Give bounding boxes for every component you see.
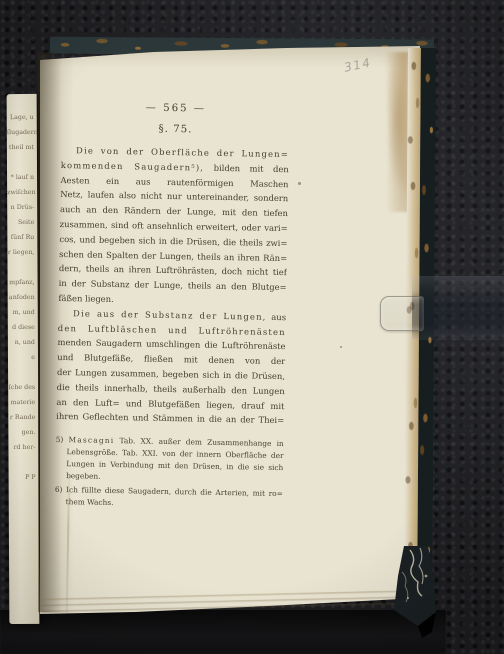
fragment-line: r liegen, — [7, 245, 37, 260]
fragment-line: anfoden — [8, 290, 38, 305]
marbled-cover-corner — [388, 546, 464, 650]
fragment-line: theil mt — [7, 140, 37, 155]
body-text: Tab. XX. außer dem Zusammenhange in — [114, 436, 284, 448]
fragment-line: mpfanz, — [8, 275, 38, 290]
gutter-shadow — [38, 52, 62, 612]
footnote-5: 5) Mascagni Tab. XX. außer dem Zusammenh… — [55, 434, 284, 486]
fragment-line: n Drüs- — [7, 200, 37, 215]
body-text: them Wachs. — [66, 497, 114, 507]
body-text: ihren Geflechten und Stämmen in die an d… — [56, 411, 284, 425]
emphasized-text: den Luftbläschen und Luftröhrenästen — [58, 323, 286, 337]
fragment-line: * lauf n — [7, 170, 37, 185]
book-photograph: Lage, uſlugaderntheil mt* lauf nzwiſchen… — [0, 0, 504, 654]
plastic-strip — [412, 276, 504, 340]
footnote-6: 6) Ich füllte diese Saugadern, durch die… — [55, 484, 283, 512]
body-text: zusammen, sind oft ansehnlich erweitert,… — [60, 219, 288, 233]
emphasized-text: kommenden Saugadern⁵), — [61, 160, 205, 173]
fragment-line: gen. — [8, 425, 38, 440]
paper-speck — [298, 182, 301, 185]
fragment-line: ſche des — [8, 380, 38, 395]
body-text: auch an den Rändern der Lunge, mit den t… — [60, 204, 288, 218]
body-text: fäßen liegen. — [58, 293, 114, 304]
section-heading: §. 75. — [61, 121, 289, 138]
fragment-line: n, und — [8, 335, 38, 350]
fragment-line — [7, 155, 37, 170]
body-text: Netz, laufen also nicht nur untereinande… — [60, 189, 288, 203]
fragment-line — [9, 455, 39, 470]
fragment-line: r Rande — [8, 410, 38, 425]
fragment-line: Seite der — [7, 215, 37, 230]
fragment-line: ſlugadern — [7, 125, 37, 140]
fragment-line: m, und — [8, 305, 38, 320]
emphasized-text: Die aus der Substanz der Lungen, — [73, 308, 267, 322]
emphasized-text: Mascagni — [68, 435, 114, 445]
body-text: der Lungen zusammen, begeben sich in die… — [57, 367, 285, 381]
fragment-line — [7, 260, 37, 275]
fragment-line: materie — [8, 395, 38, 410]
body-text: menden Saugadern umschlingen die Luftröh… — [57, 337, 285, 351]
text-line: ihren Geflechten und Stämmen in die an d… — [56, 409, 284, 428]
fragment-line: fünf Ru — [7, 230, 37, 245]
fragment-line: zwiſchen — [7, 185, 37, 200]
body-text: schen den Spalten der Lungen, theils an … — [59, 249, 287, 263]
fragment-line — [8, 365, 38, 380]
fragment-line: P P — [9, 470, 39, 485]
page-text: — 565 — §. 75. Die von der Oberfläche de… — [55, 100, 290, 512]
fragment-line: d diese — [8, 320, 38, 335]
paragraph-1: Die von der Oberfläche der Lungen=kommen… — [58, 143, 289, 310]
facing-page-edge: Lage, uſlugaderntheil mt* lauf nzwiſchen… — [7, 94, 40, 624]
book-page: — 565 — §. 75. Die von der Oberfläche de… — [40, 46, 420, 618]
fragment-line: rd her- — [8, 440, 38, 455]
page-number: — 565 — — [62, 100, 290, 117]
body-text: an den Luft= und Blutgefäßen liegen, dra… — [56, 396, 284, 410]
paragraph-2: Die aus der Substanz der Lungen, ausden … — [56, 306, 286, 429]
paper-speck — [340, 346, 342, 348]
fragment-line: Lage, u — [7, 110, 37, 125]
emphasized-text: Die von der Oberfläche der Lungen= — [76, 145, 289, 159]
body-text: aus — [267, 312, 287, 322]
body-text: begeben. — [66, 471, 101, 481]
fragment-line: e Haupt- — [8, 350, 38, 365]
facing-page-text-fragments: Lage, uſlugaderntheil mt* lauf nzwiſchen… — [7, 94, 39, 485]
body-text: die theils innerhalb, theils außerhalb d… — [57, 382, 285, 396]
body-text: cos, und begeben sich in die Drüsen, die… — [59, 234, 287, 248]
body-text: in der Substanz der Lunge, theils an den… — [59, 278, 287, 292]
body-text: dern, theils an ihren Luftröhrästen, doc… — [59, 263, 287, 277]
